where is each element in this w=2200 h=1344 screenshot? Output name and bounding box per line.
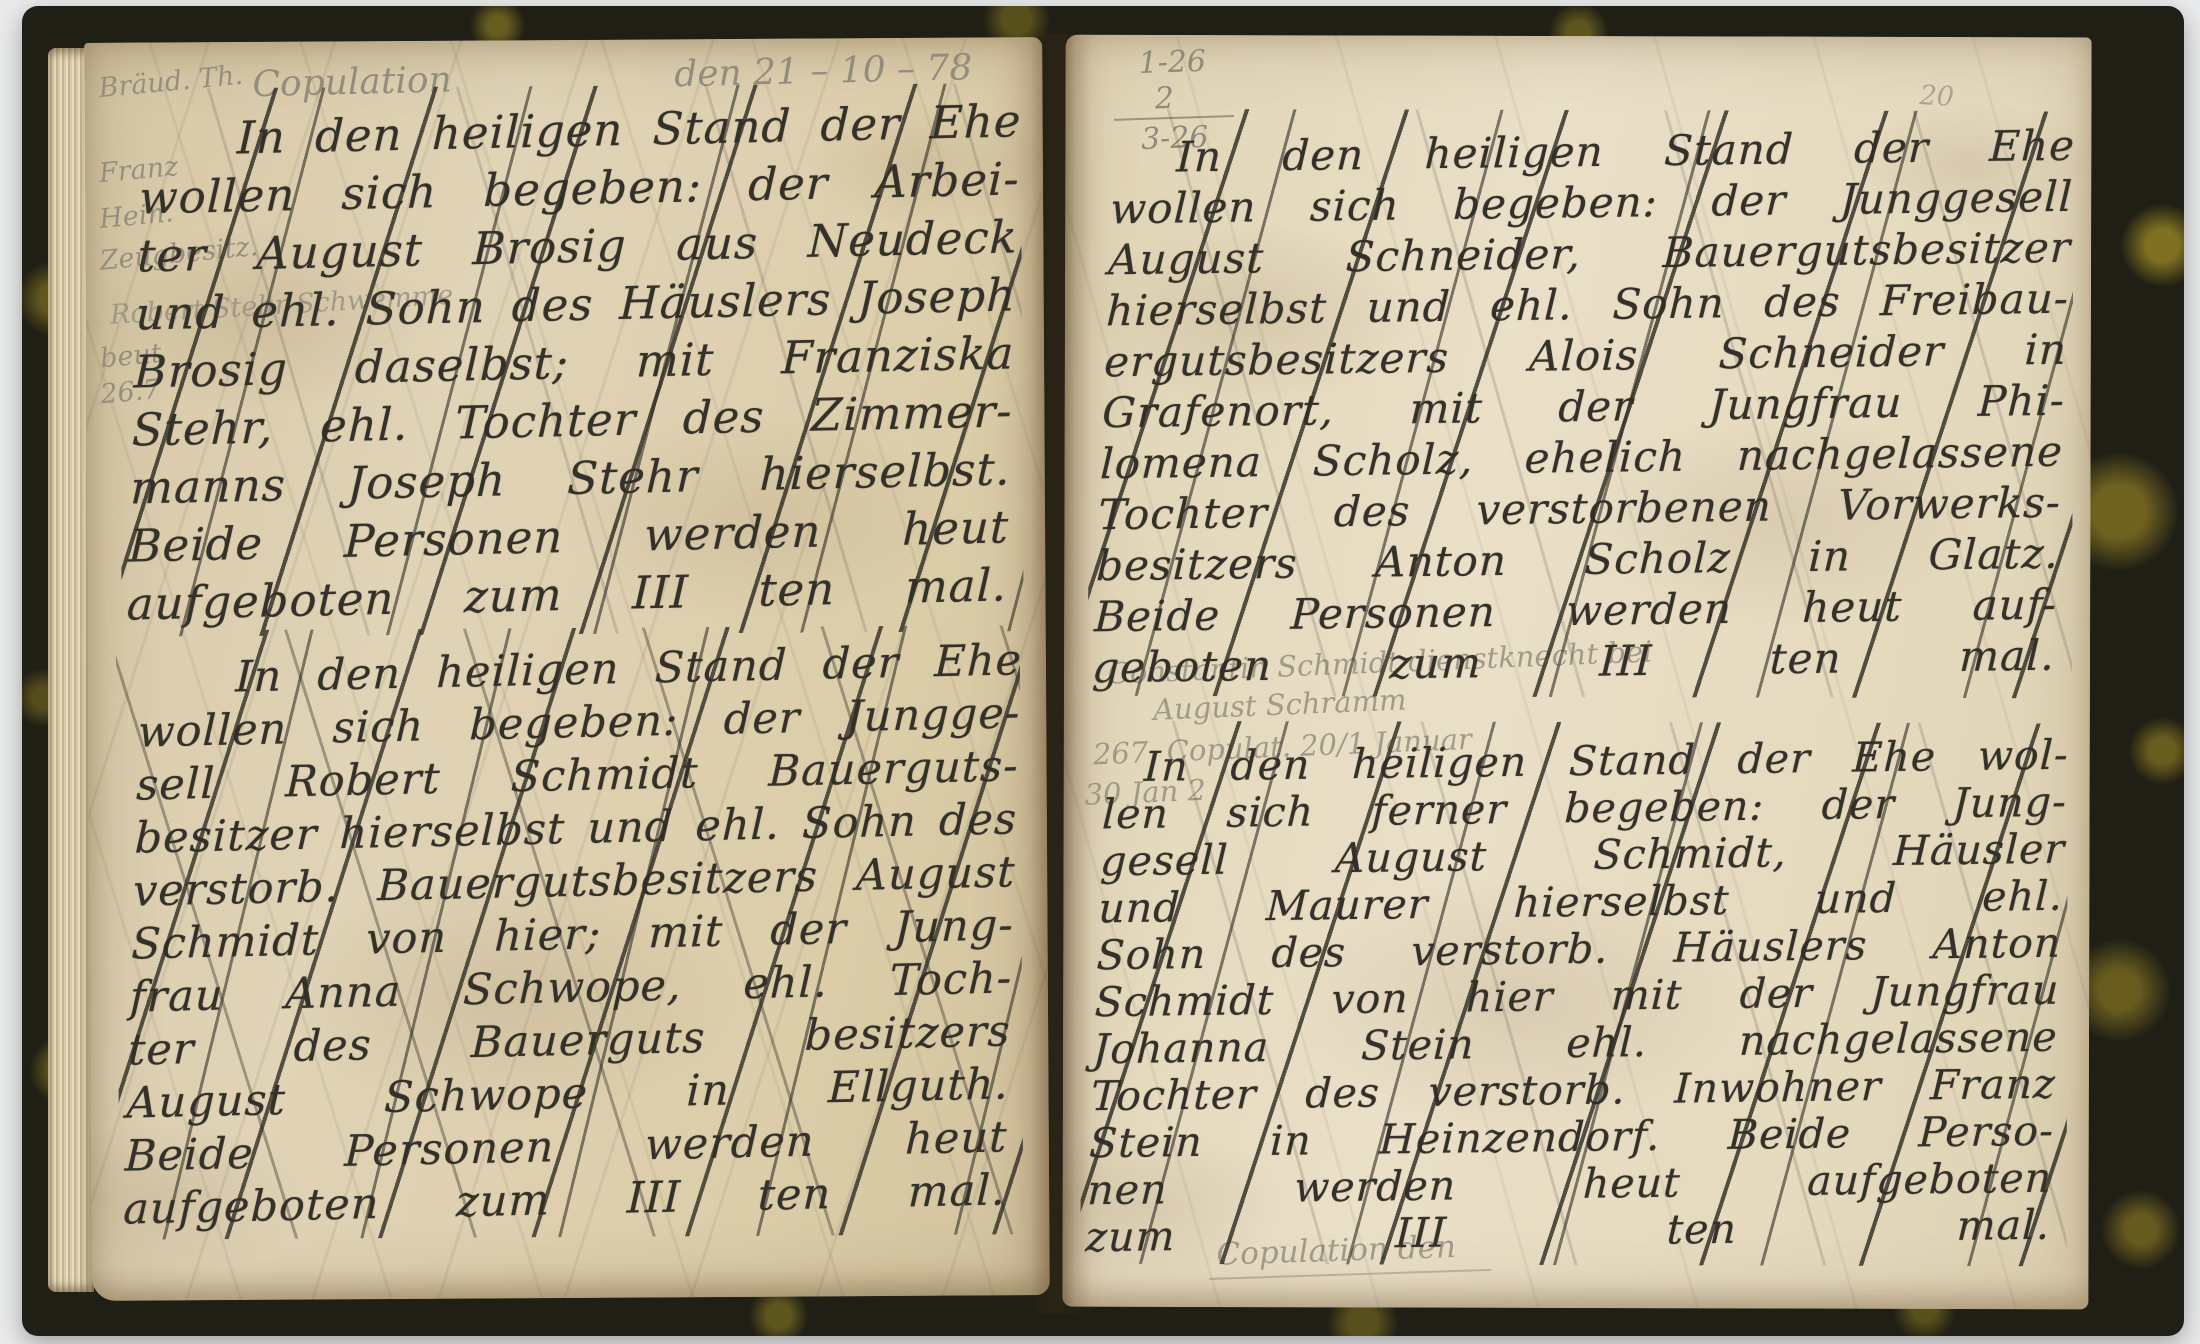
banns-entry-right-1: In den heiligen Stand der Ehewollen sich… (1102, 125, 2065, 689)
banns-entry-left-1: In den heiligen Stand der Ehewollen sich… (133, 99, 1016, 626)
banns-entry-left-2: In den heiligen Stand der Ehewollen sich… (130, 641, 1016, 1229)
handwritten-entry-text: In den heiligen Stand der Ehewollen sich… (122, 634, 1022, 1236)
page-number: 20 (1918, 80, 1954, 113)
page-right: 1-2623-26 20 In den heiligen Stand der E… (1062, 35, 2091, 1310)
header-copulation-label: Copulation (252, 60, 452, 106)
page-left: Bräud. Th.FranzHein.Zeugbesitz.Robert St… (84, 37, 1050, 1301)
handwritten-line: zum III ten mal. (1085, 1202, 2052, 1262)
header-date: den 21 – 10 – 78 (674, 47, 973, 95)
banns-entry-right-2: In den heiligen Stand der Ehe wol-len si… (1094, 737, 2059, 1257)
handwritten-entry-text: In den heiligen Stand der Ehe wol-len si… (1085, 732, 2070, 1262)
register-book: Bräud. Th.FranzHein.Zeugbesitz.Robert St… (22, 6, 2184, 1336)
pencil-note: 2 (1113, 79, 1234, 119)
handwritten-entry-text: In den heiligen Stand der Ehewollen sich… (1091, 120, 2076, 693)
pencil-note: Bräud. Th. (97, 60, 244, 104)
scan-background: Bräud. Th.FranzHein.Zeugbesitz.Robert St… (0, 0, 2200, 1344)
handwritten-entry-text: In den heiligen Stand der Ehewollen sich… (126, 92, 1022, 633)
pencil-note: 1-26 (1112, 43, 1233, 83)
